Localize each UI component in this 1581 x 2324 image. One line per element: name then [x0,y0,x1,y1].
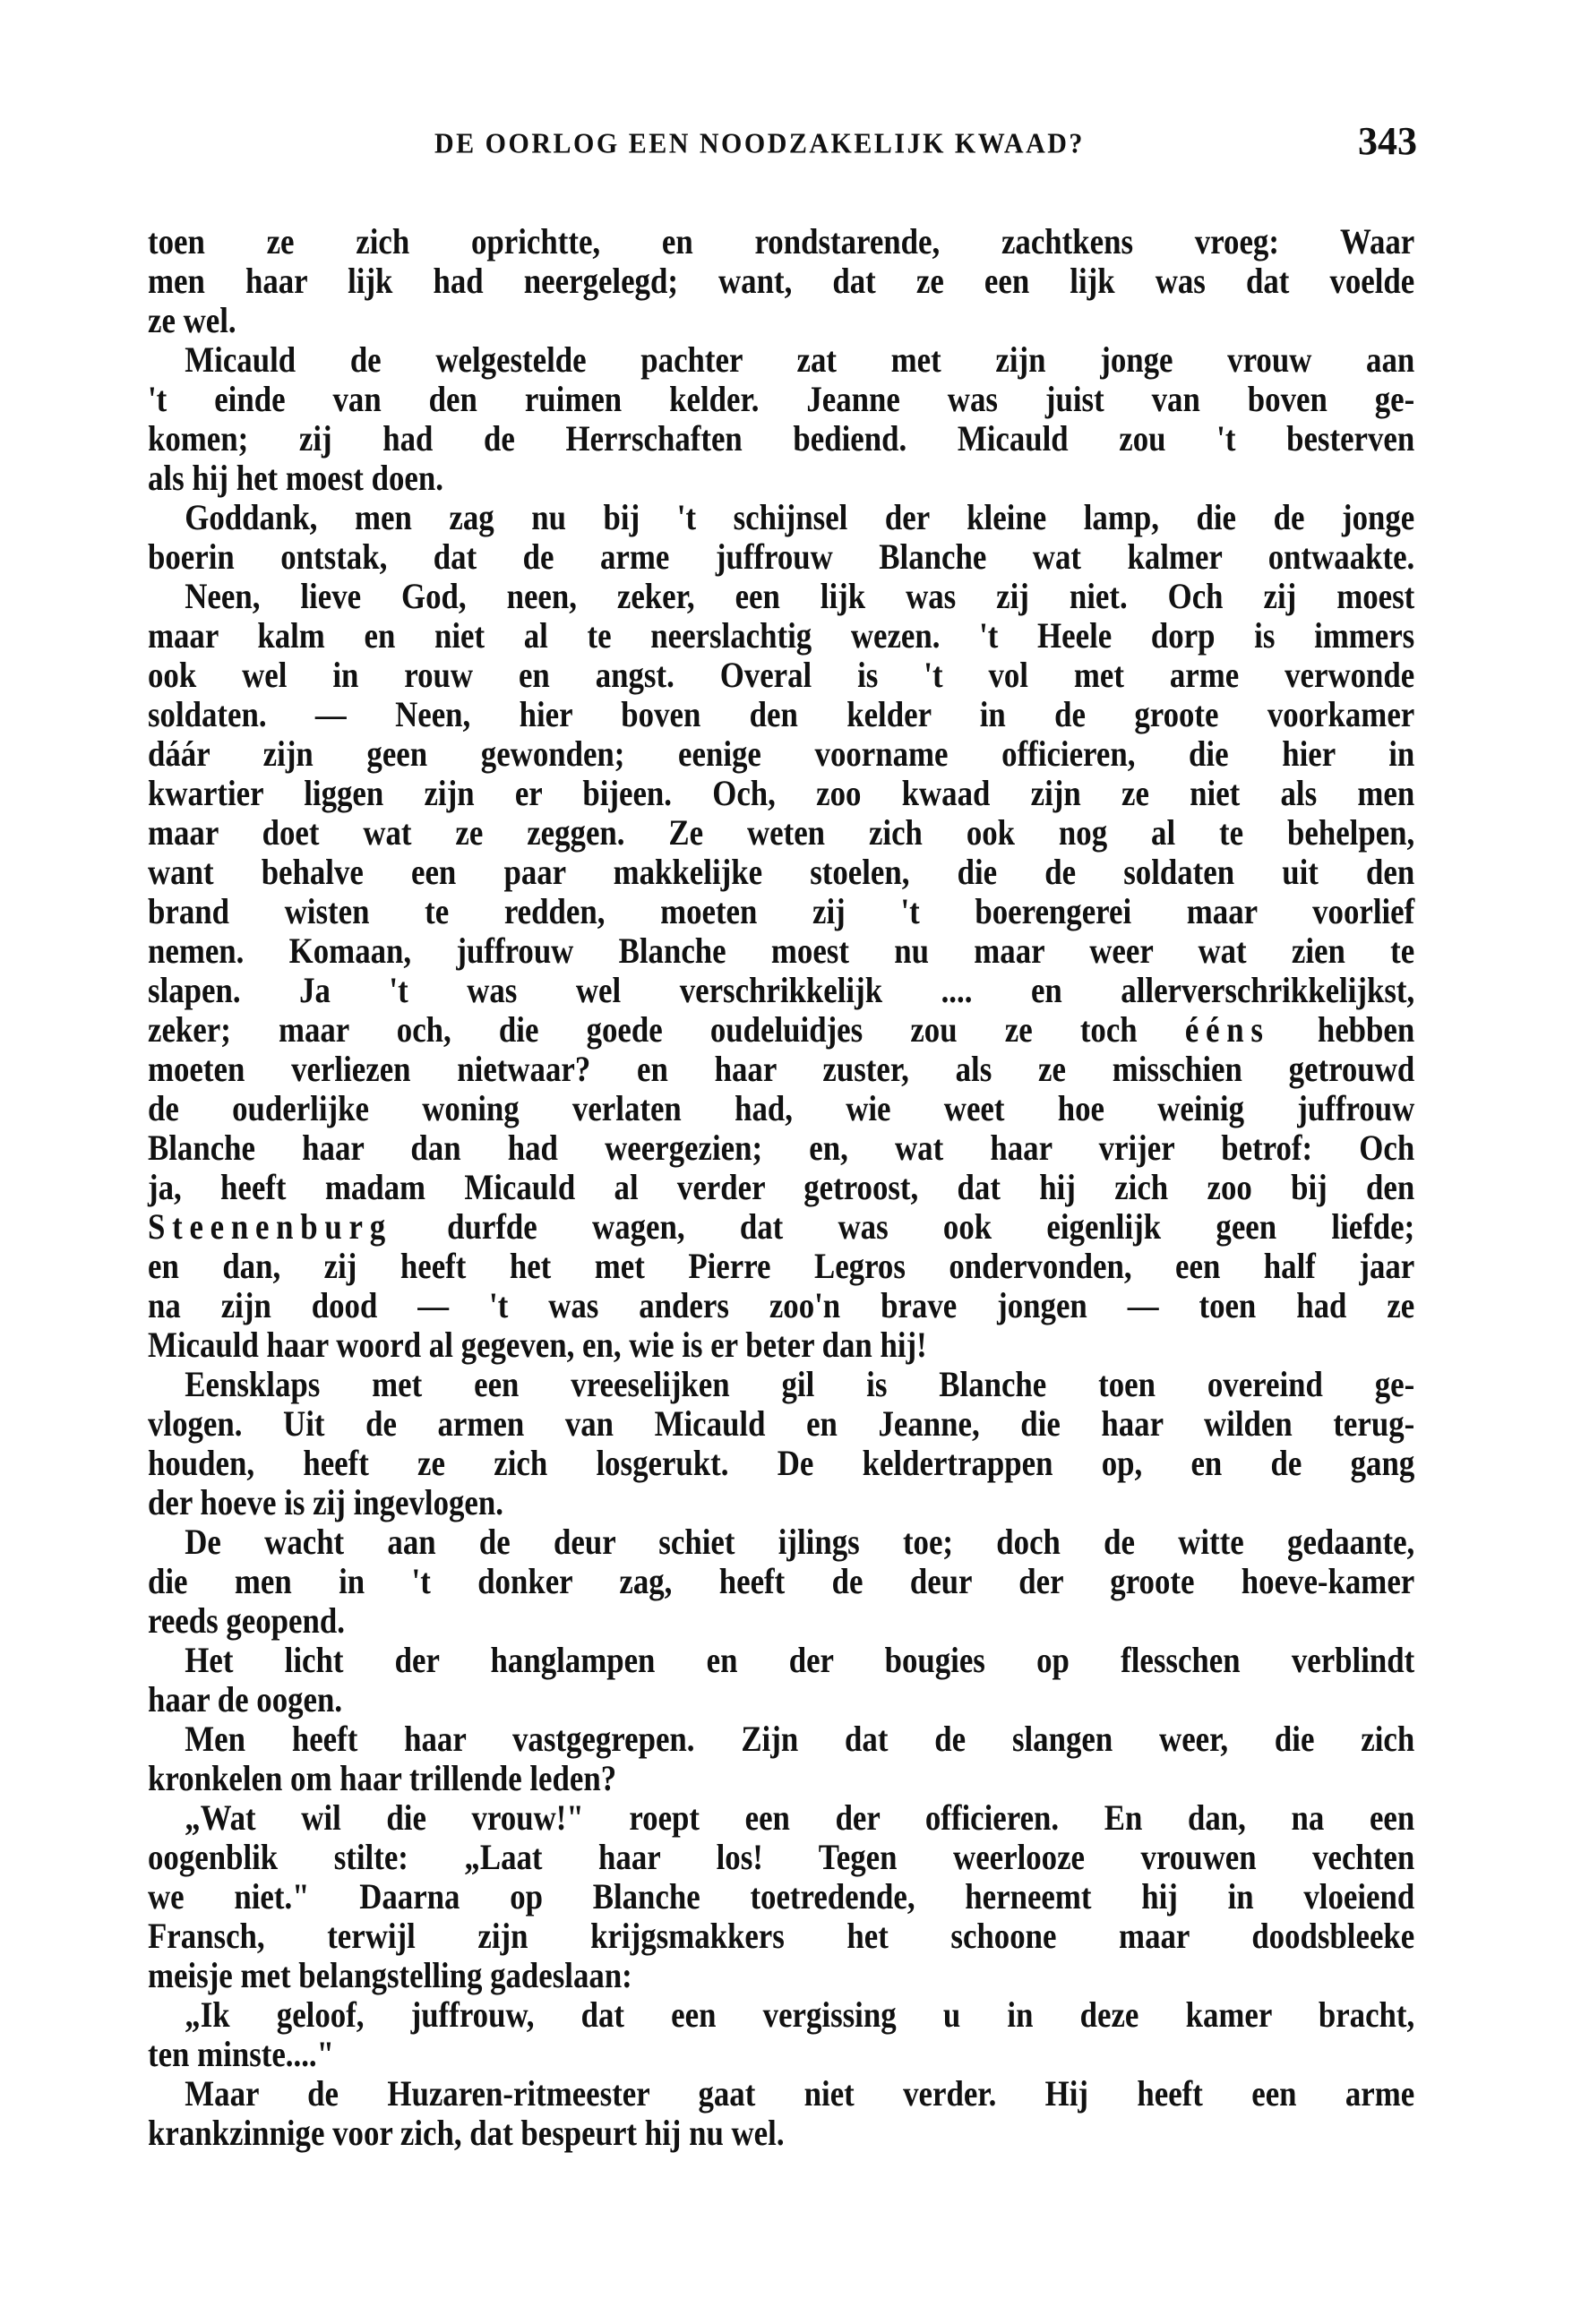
text-line: ze wel. [148,301,1414,340]
text-line: en dan, zij heeft het met Pierre Legros … [148,1247,1414,1286]
text-line-with-emphasis: Steenenburg durfde wagen, dat was ook ei… [148,1207,1414,1247]
text-line: Micauld haar woord al gegeven, en, wie i… [148,1325,1414,1365]
page-number: 343 [1354,120,1417,163]
text-line: dáár zijn geen gewonden; eenige voorname… [148,734,1414,774]
text-line: houden, heeft ze zich losgerukt. De keld… [148,1444,1414,1483]
text-line: reeds geopend. [148,1601,1414,1641]
text-line: ook wel in rouw en angst. Overal is 't v… [148,656,1414,695]
text-line: haar de oogen. [148,1680,1414,1719]
text-line: kwartier liggen zijn er bijeen. Och, zoo… [148,774,1414,813]
paragraph-start-line: Maar de Huzaren-ritmeester gaat niet ver… [148,2074,1414,2114]
text-line: want behalve een paar makkelijke stoelen… [148,853,1414,892]
spaced-emphasis: ééns [1185,1009,1270,1050]
text-line: men haar lijk had neergelegd; want, dat … [148,262,1414,301]
text-segment: zeker; maar och, die goede oudeluidjes z… [148,1009,1185,1050]
text-line: slapen. Ja 't was wel verschrikkelijk ..… [148,971,1414,1010]
text-line: de ouderlijke woning verlaten had, wie w… [148,1089,1414,1128]
text-line: toen ze zich oprichtte, en rondstarende,… [148,222,1414,262]
text-line-with-emphasis: zeker; maar och, die goede oudeluidjes z… [148,1010,1414,1050]
paragraph-start-line: Micauld de welgestelde pachter zat met z… [148,340,1414,380]
text-line: maar doet wat ze zeggen. Ze weten zich o… [148,813,1414,853]
text-line: we niet." Daarna op Blanche toetredende,… [148,1877,1414,1917]
text-segment: durfde wagen, dat was ook eigenlijk geen… [392,1206,1414,1247]
paragraph-start-line: Eensklaps met een vreeselijken gil is Bl… [148,1365,1414,1404]
text-line: als hij het moest doen. [148,459,1414,498]
text-line: ja, heeft madam Micauld al verder getroo… [148,1168,1414,1207]
paragraph-start-line: Neen, lieve God, neen, zeker, een lijk w… [148,577,1414,616]
paragraph-start-line: Goddank, men zag nu bij 't schijnsel der… [148,498,1414,537]
paragraph-start-line: Men heeft haar vastgegrepen. Zijn dat de… [148,1719,1414,1759]
text-segment: hebben [1270,1009,1415,1050]
paragraph-start-line: „Wat wil die vrouw!" roept een der offic… [148,1798,1414,1838]
text-line: komen; zij had de Herrschaften bediend. … [148,419,1414,459]
book-page: DE OORLOG EEN NOODZAKELIJK KWAAD? 343 to… [0,0,1581,2324]
text-line: der hoeve is zij ingevlogen. [148,1483,1414,1522]
text-line: Blanche haar dan had weergezien; en, wat… [148,1128,1414,1168]
text-line: krankzinnige voor zich, dat bespeurt hij… [148,2114,1414,2153]
text-line: ten minste...." [148,2035,1414,2074]
text-line: moeten verliezen nietwaar? en haar zuste… [148,1050,1414,1089]
text-line: 't einde van den ruimen kelder. Jeanne w… [148,380,1414,419]
text-line: Fransch, terwijl zijn krijgsmakkers het … [148,1917,1414,1956]
spaced-emphasis: Steenenburg [148,1206,392,1247]
text-line: soldaten. — Neen, hier boven den kelder … [148,695,1414,734]
text-line: na zijn dood — 't was anders zoo'n brave… [148,1286,1414,1325]
paragraph-start-line: De wacht aan de deur schiet ijlings toe;… [148,1522,1414,1562]
text-line: kronkelen om haar trillende leden? [148,1759,1414,1798]
text-line: vlogen. Uit de armen van Micauld en Jean… [148,1404,1414,1444]
text-line: maar kalm en niet al te neerslachtig wez… [148,616,1414,656]
text-line: nemen. Komaan, juffrouw Blanche moest nu… [148,931,1414,971]
text-line: oogenblik stilte: „Laat haar los! Tegen … [148,1838,1414,1877]
running-head: DE OORLOG EEN NOODZAKELIJK KWAAD? [434,125,1142,163]
text-line: boerin ontstak, dat de arme juffrouw Bla… [148,537,1414,577]
text-line: meisje met belangstelling gadeslaan: [148,1956,1414,1995]
paragraph-start-line: „Ik geloof, juffrouw, dat een vergissing… [148,1995,1414,2035]
body-text: toen ze zich oprichtte, en rondstarende,… [148,222,1414,2153]
text-line: brand wisten te redden, moeten zij 't bo… [148,892,1414,931]
paragraph-start-line: Het licht der hanglampen en der bougies … [148,1641,1414,1680]
text-line: die men in 't donker zag, heeft de deur … [148,1562,1414,1601]
